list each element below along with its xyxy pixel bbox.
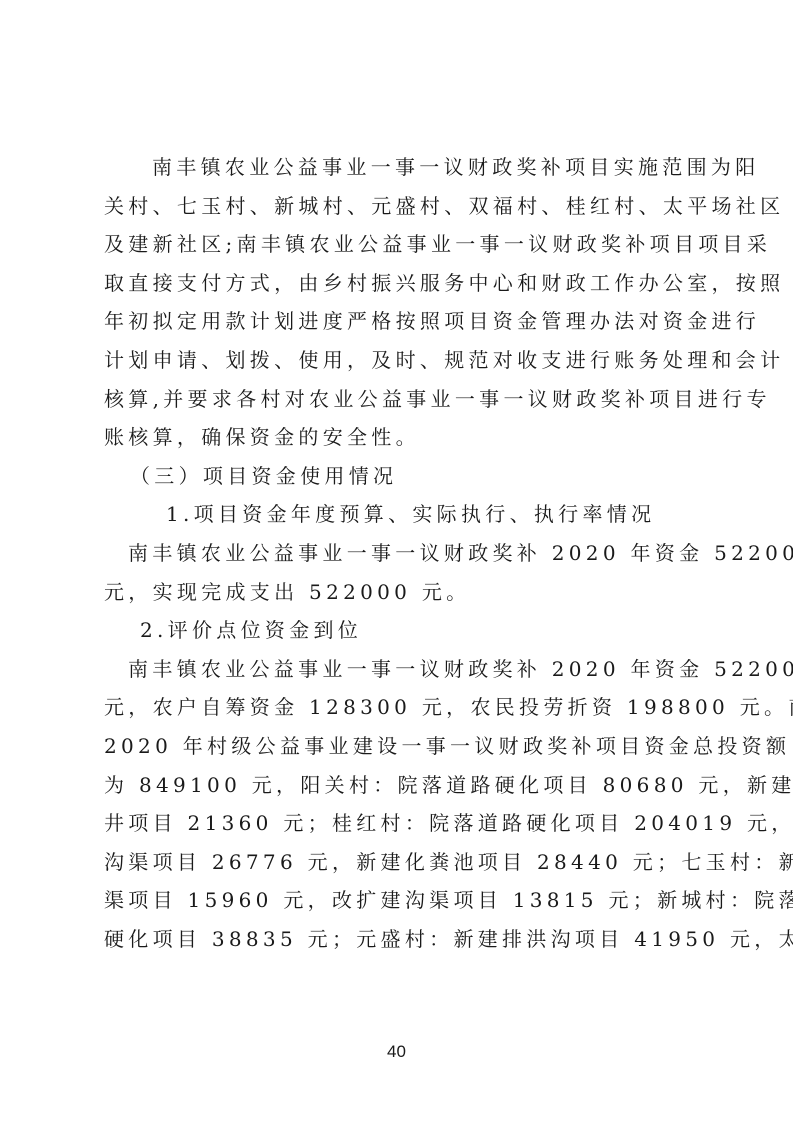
text-line: 沟渠项目 26776 元，新建化粪池项目 28440 元；七玉村：新建沟 [104,843,694,882]
text-line: 南丰镇农业公益事业一事一议财政奖补项目实施范围为阳 [104,148,694,187]
document-page: 南丰镇农业公益事业一事一议财政奖补项目实施范围为阳 关村、七玉村、新城村、元盛村… [104,148,694,958]
page-number: 40 [0,1042,793,1062]
text-line: 及建新社区;南丰镇农业公益事业一事一议财政奖补项目项目采 [104,225,694,264]
text-line: 硬化项目 38835 元；元盛村：新建排洪沟项目 41950 元，太平场 [104,920,694,959]
text-line: 取直接支付方式，由乡村振兴服务中心和财政工作办公室，按照 [104,264,694,303]
text-line: 为 849100 元，阳关村：院落道路硬化项目 80680 元，新建深水 [104,766,694,805]
paragraph-budget-execution: 南丰镇农业公益事业一事一议财政奖补 2020 年资金 522000 元，实现完成… [104,534,694,611]
text-line: 2020 年村级公益事业建设一事一议财政奖补项目资金总投资额 [104,727,694,766]
subheading-funds-in-place: 2.评价点位资金到位 [104,611,694,650]
text-line: 年初拟定用款计划进度严格按照项目资金管理办法对资金进行 [104,302,694,341]
text-line: 南丰镇农业公益事业一事一议财政奖补 2020 年资金 522000 [104,534,694,573]
text-line: 渠项目 15960 元，改扩建沟渠项目 13815 元；新城村：院落道路 [104,881,694,920]
paragraph-funds-in-place: 南丰镇农业公益事业一事一议财政奖补 2020 年资金 522000 元，农户自筹… [104,650,694,959]
text-line: 账核算，确保资金的安全性。 [104,418,694,457]
text-line: 井项目 21360 元；桂红村：院落道路硬化项目 204019 元，新建 [104,804,694,843]
subheading-budget-execution: 1.项目资金年度预算、实际执行、执行率情况 [104,495,694,534]
text-line: 元，实现完成支出 522000 元。 [104,573,694,612]
paragraph-implementation-scope: 南丰镇农业公益事业一事一议财政奖补项目实施范围为阳 关村、七玉村、新城村、元盛村… [104,148,694,457]
section-heading: （三）项目资金使用情况 [104,457,694,496]
text-line: 元，农户自筹资金 128300 元，农民投劳折资 198800 元。南丰镇 [104,688,694,727]
text-line: 计划申请、划拨、使用，及时、规范对收支进行账务处理和会计 [104,341,694,380]
text-line: 核算,并要求各村对农业公益事业一事一议财政奖补项目进行专 [104,380,694,419]
text-line: 南丰镇农业公益事业一事一议财政奖补 2020 年资金 522000 [104,650,694,689]
text-line: 关村、七玉村、新城村、元盛村、双福村、桂红村、太平场社区 [104,187,694,226]
